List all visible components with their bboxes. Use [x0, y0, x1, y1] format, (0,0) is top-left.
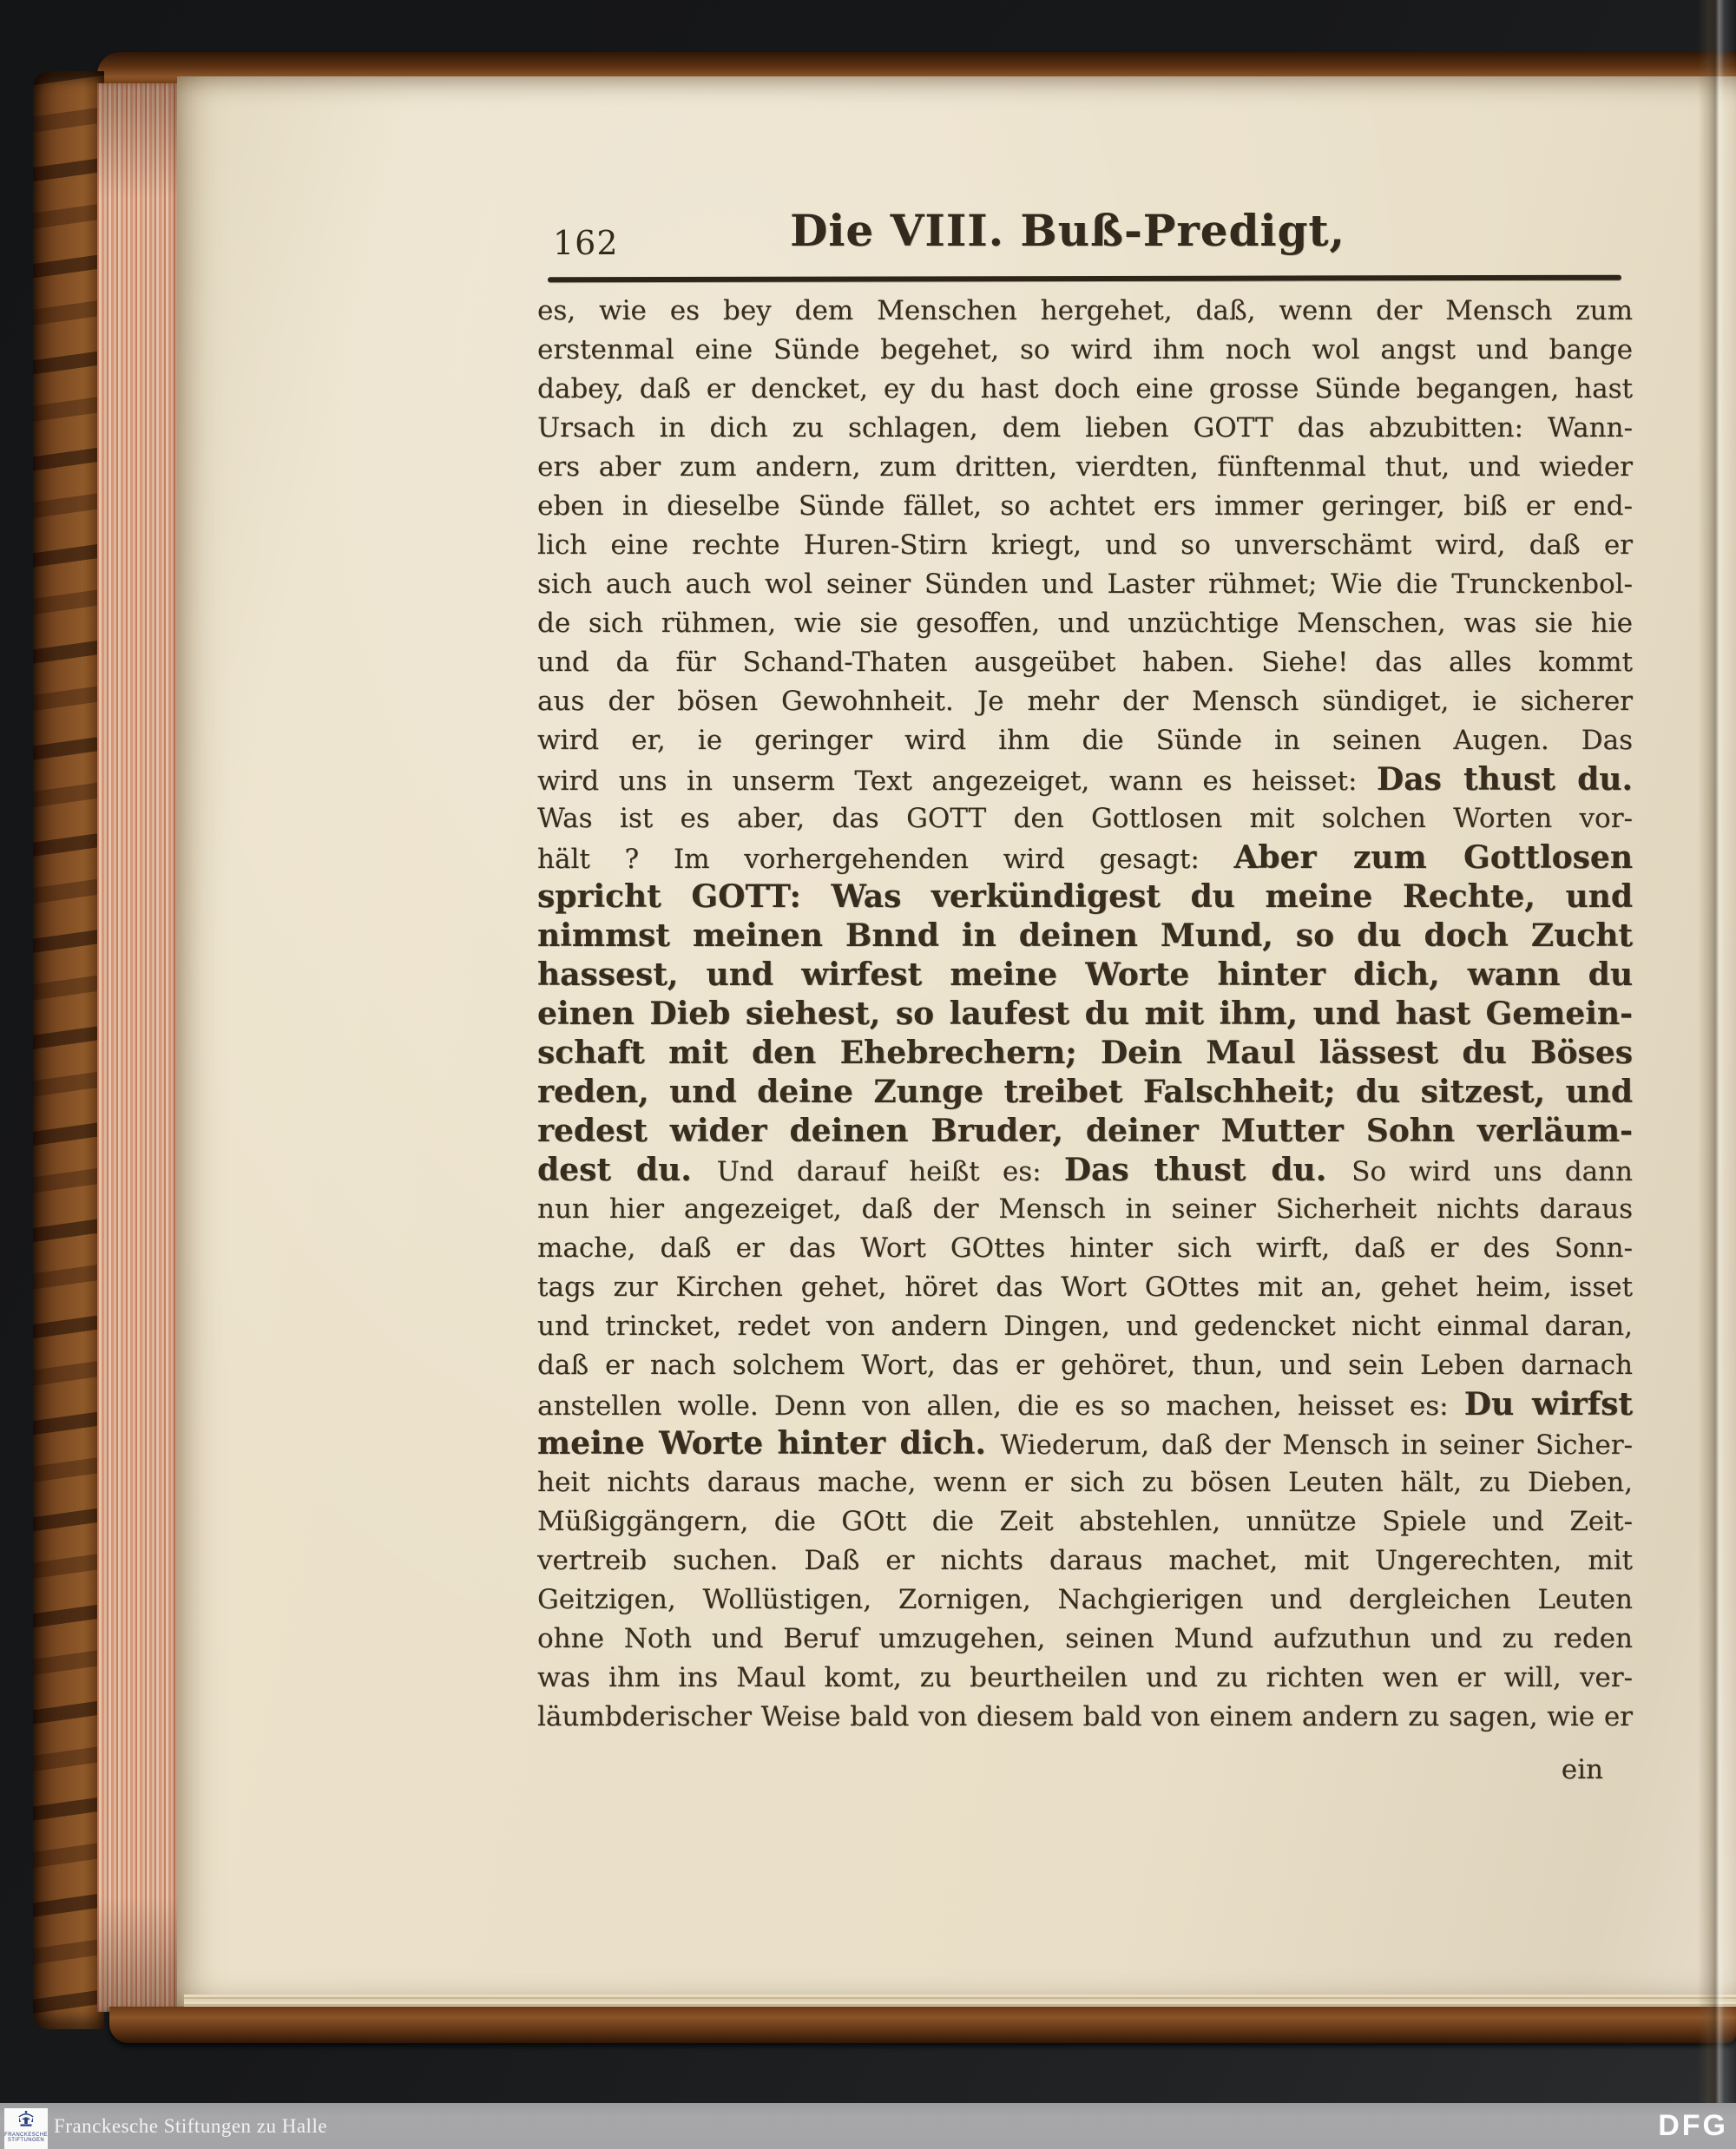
- text-line: Geitzigen, Wollüstigen, Zornigen, Nachgi…: [537, 1581, 1633, 1620]
- text-segment: wird uns in unserm Text angezeiget, wann…: [537, 766, 1377, 797]
- text-line: Was ist es aber, das GOTT den Gottlosen …: [537, 799, 1633, 838]
- text-segment: vertreib suchen. Daß er nichts daraus ma…: [537, 1545, 1633, 1576]
- text-segment: sich auch auch wol seiner Sünden und Las…: [537, 568, 1633, 600]
- text-line: erstenmal eine Sünde begehet, so wird ih…: [537, 331, 1633, 370]
- text-segment: Geitzigen, Wollüstigen, Zornigen, Nachgi…: [537, 1584, 1633, 1615]
- text-line: ers aber zum andern, zum dritten, vierdt…: [537, 448, 1633, 487]
- text-segment: und da für Schand-Thaten ausgeübet haben…: [537, 647, 1633, 678]
- text-segment: Das thust du.: [1377, 761, 1633, 798]
- text-line: anstellen wolle. Denn von allen, die es …: [537, 1385, 1633, 1424]
- book-page-fore-edge: [97, 83, 181, 2012]
- text-line: hält ? Im vorhergehenden wird gesagt: Ab…: [537, 838, 1633, 877]
- text-line: ohne Noth und Beruf umzugehen, seinen Mu…: [537, 1620, 1633, 1659]
- book-spine-leather: [33, 71, 104, 2029]
- text-line: dabey, daß er dencket, ey du hast doch e…: [537, 370, 1633, 409]
- text-segment: es, wie es bey dem Menschen hergehet, da…: [537, 295, 1633, 326]
- text-segment: wird er, ie geringer wird ihm die Sünde …: [537, 725, 1633, 756]
- eagle-canopy-icon: [15, 2110, 37, 2133]
- text-segment: reden, und deine Zunge treibet Falschhei…: [537, 1074, 1633, 1110]
- text-segment: Aber zum Gottlosen: [1234, 839, 1634, 876]
- text-line: nun hier angezeiget, daß der Mensch in s…: [537, 1190, 1633, 1229]
- text-segment: mache, daß er das Wort GOttes hinter sic…: [537, 1232, 1633, 1264]
- book-bottom-leather-edge: [109, 2007, 1736, 2043]
- text-segment: und trincket, redet von andern Dingen, u…: [537, 1311, 1633, 1342]
- text-segment: heit nichts daraus mache, wenn er sich z…: [537, 1467, 1633, 1498]
- footer-banner: FRANCKESCHE STIFTUNGEN Franckesche Stift…: [0, 2103, 1736, 2149]
- text-line: daß er nach solchem Wort, das er gehöret…: [537, 1346, 1633, 1385]
- header-rule-divider: [548, 275, 1621, 283]
- text-segment: Und darauf heißt es:: [717, 1156, 1064, 1187]
- text-line: sich auch auch wol seiner Sünden und Las…: [537, 565, 1633, 604]
- text-segment: nimmst meinen Bnnd in deinen Mund, so du…: [537, 917, 1633, 954]
- text-segment: schaft mit den Ehebrechern; Dein Maul lä…: [537, 1035, 1633, 1071]
- text-segment: Du wirfst: [1464, 1386, 1633, 1423]
- text-line: wird er, ie geringer wird ihm die Sünde …: [537, 721, 1633, 760]
- text-line: tags zur Kirchen gehet, höret das Wort G…: [537, 1268, 1633, 1307]
- dfg-logo: DFG: [1658, 2103, 1728, 2149]
- text-line: lich eine rechte Huren-Stirn kriegt, und…: [537, 526, 1633, 565]
- text-line: dest du. Und darauf heißt es: Das thust …: [537, 1151, 1633, 1190]
- text-line: aus der bösen Gewohnheit. Je mehr der Me…: [537, 682, 1633, 721]
- text-segment: einen Dieb siehest, so laufest du mit ih…: [537, 996, 1633, 1032]
- text-line: eben in dieselbe Sünde fället, so achtet…: [537, 487, 1633, 526]
- text-segment: Das thust du.: [1064, 1152, 1351, 1188]
- text-segment: was ihm ins Maul komt, zu beurtheilen un…: [537, 1662, 1633, 1693]
- text-line: de sich rühmen, wie sie gesoffen, und un…: [537, 604, 1633, 643]
- text-line: meine Worte hinter dich. Wiederum, daß d…: [537, 1424, 1633, 1463]
- text-segment: ers aber zum andern, zum dritten, vierdt…: [537, 451, 1633, 483]
- text-segment: daß er nach solchem Wort, das er gehöret…: [537, 1350, 1633, 1381]
- book-page: 162 Die VIII. Buß-Predigt, es, wie es be…: [177, 76, 1736, 2007]
- text-segment: Wiederum, daß der Mensch in seiner Siche…: [1000, 1429, 1633, 1461]
- text-segment: läumbderischer Weise bald von diesem bal…: [537, 1701, 1633, 1732]
- text-line: redest wider deinen Bruder, deiner Mutte…: [537, 1112, 1633, 1151]
- text-segment: So wird uns dann: [1351, 1156, 1633, 1187]
- text-line: Ursach in dich zu schlagen, dem lieben G…: [537, 409, 1633, 448]
- text-segment: aus der bösen Gewohnheit. Je mehr der Me…: [537, 686, 1633, 717]
- text-line: heit nichts daraus mache, wenn er sich z…: [537, 1463, 1633, 1502]
- text-line: einen Dieb siehest, so laufest du mit ih…: [537, 995, 1633, 1034]
- text-line: Müßiggängern, die GOtt die Zeit abstehle…: [537, 1502, 1633, 1541]
- text-segment: redest wider deinen Bruder, deiner Mutte…: [537, 1113, 1633, 1149]
- text-line: was ihm ins Maul komt, zu beurtheilen un…: [537, 1659, 1633, 1698]
- page-header: 162 Die VIII. Buß-Predigt,: [537, 205, 1633, 273]
- digitized-book-scan: 162 Die VIII. Buß-Predigt, es, wie es be…: [0, 0, 1736, 2149]
- text-segment: Müßiggängern, die GOtt die Zeit abstehle…: [537, 1506, 1633, 1537]
- text-segment: lich eine rechte Huren-Stirn kriegt, und…: [537, 529, 1633, 561]
- text-line: reden, und deine Zunge treibet Falschhei…: [537, 1073, 1633, 1112]
- text-line: und da für Schand-Thaten ausgeübet haben…: [537, 643, 1633, 682]
- text-line: schaft mit den Ehebrechern; Dein Maul lä…: [537, 1034, 1633, 1073]
- text-segment: de sich rühmen, wie sie gesoffen, und un…: [537, 608, 1633, 639]
- text-segment: erstenmal eine Sünde begehet, so wird ih…: [537, 334, 1633, 365]
- text-segment: tags zur Kirchen gehet, höret das Wort G…: [537, 1272, 1633, 1303]
- text-segment: anstellen wolle. Denn von allen, die es …: [537, 1390, 1464, 1422]
- logo-caption-line2: STIFTUNGEN: [8, 2138, 44, 2143]
- text-segment: hält ? Im vorhergehenden wird gesagt:: [537, 844, 1234, 875]
- text-segment: spricht GOTT: Was verkündigest du meine …: [537, 878, 1633, 915]
- text-segment: Was ist es aber, das GOTT den Gottlosen …: [537, 803, 1633, 834]
- text-line: vertreib suchen. Daß er nichts daraus ma…: [537, 1541, 1633, 1581]
- text-segment: Ursach in dich zu schlagen, dem lieben G…: [537, 412, 1633, 444]
- text-segment: ohne Noth und Beruf umzugehen, seinen Mu…: [537, 1623, 1633, 1654]
- franckesche-stiftungen-logo: FRANCKESCHE STIFTUNGEN: [4, 2108, 48, 2149]
- institution-name: Franckesche Stiftungen zu Halle: [54, 2103, 327, 2149]
- running-title: Die VIII. Buß-Predigt,: [537, 205, 1598, 256]
- text-line: wird uns in unserm Text angezeiget, wann…: [537, 760, 1633, 799]
- text-block: es, wie es bey dem Menschen hergehet, da…: [537, 292, 1633, 1790]
- text-segment: dabey, daß er dencket, ey du hast doch e…: [537, 373, 1633, 404]
- text-line: und trincket, redet von andern Dingen, u…: [537, 1307, 1633, 1346]
- text-line: spricht GOTT: Was verkündigest du meine …: [537, 877, 1633, 917]
- text-line: mache, daß er das Wort GOttes hinter sic…: [537, 1229, 1633, 1268]
- text-line: es, wie es bey dem Menschen hergehet, da…: [537, 292, 1633, 331]
- text-segment: eben in dieselbe Sünde fället, so achtet…: [537, 490, 1633, 522]
- text-line: läumbderischer Weise bald von diesem bal…: [537, 1698, 1633, 1737]
- text-segment: nun hier angezeiget, daß der Mensch in s…: [537, 1193, 1633, 1225]
- text-segment: dest du.: [537, 1152, 717, 1188]
- text-line: hassest, und wirfest meine Worte hinter …: [537, 956, 1633, 995]
- text-line: nimmst meinen Bnnd in deinen Mund, so du…: [537, 917, 1633, 956]
- text-segment: meine Worte hinter dich.: [537, 1425, 1000, 1462]
- catchword: ein: [537, 1751, 1633, 1790]
- text-segment: hassest, und wirfest meine Worte hinter …: [537, 956, 1633, 993]
